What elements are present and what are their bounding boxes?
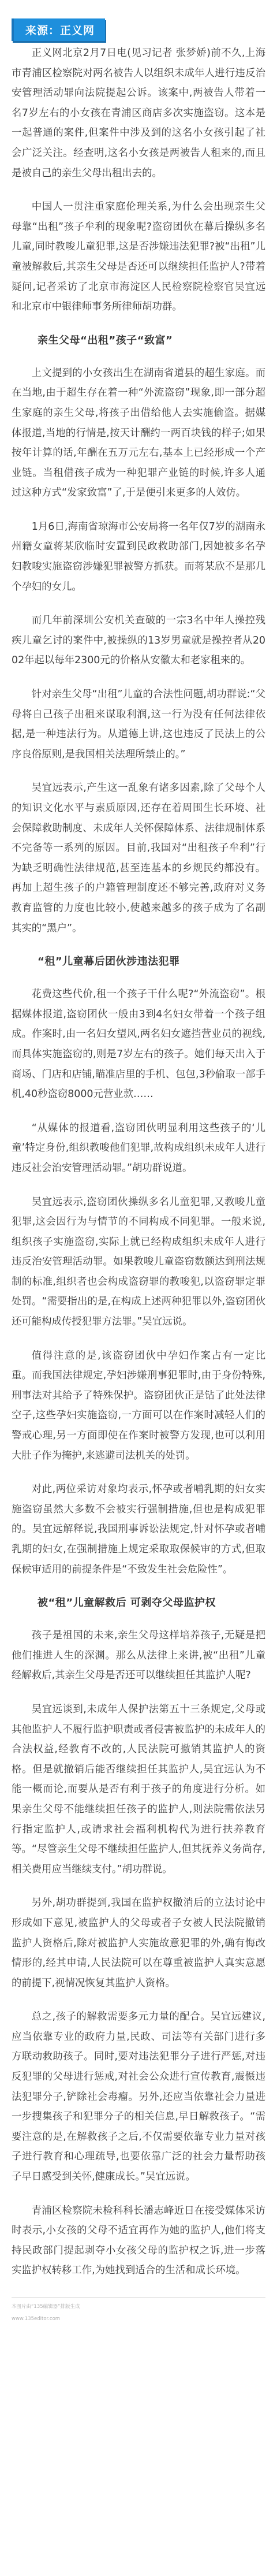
- paragraph: 另外,胡功群提到,我国在监护权撤消后的立法讨论中形成如下意见,被监护人的父母或者…: [12, 1893, 265, 1993]
- paragraph: 而几年前深圳公安机关查破的一宗3名中年人操控残疾儿童乞讨的案件中,被操纵的13岁…: [12, 611, 265, 671]
- footer-credit: 本图片由“135编辑器”排版生成: [12, 2301, 265, 2313]
- section-heading: “租”儿童幕后团伙涉违法犯罪: [12, 952, 265, 972]
- article: 来源：正义网 正义网北京2月7日电(见习记者 张梦娇)前不久,上海市青浦区检察院…: [0, 0, 277, 2325]
- paragraph: “从媒体的报道看,盗窃团伙明显利用这些孩子的‘儿童’特定身份,组织教唆他们犯罪,…: [12, 1118, 265, 1179]
- paragraph: 孩子是祖国的未来,亲生父母这样培养孩子,无疑是把他们推进人生的深渊。那么从法律上…: [12, 1626, 265, 1686]
- section-heading: 亲生父母“出租”孩子“致富”: [12, 331, 265, 351]
- paragraph: 总之,孩子的解救需要多元力量的配合。吴宜远建议,应当依靠专业的政府力量,民政、司…: [12, 2007, 265, 2187]
- paragraph: 吴宜远表示,盗窃团伙操纵多名儿童犯罪,又教唆儿童犯罪,这会因行为与情节的不同构成…: [12, 1192, 265, 1332]
- paragraph: 1月6日,海南省琼海市公安局将一名年仅7岁的湖南永州籍女童蒋某欣临时安置到民政救…: [12, 517, 265, 597]
- paragraph-lead: 正义网北京2月7日电(见习记者 张梦娇)前不久,上海市青浦区检察院对两名被告人以…: [12, 43, 265, 183]
- paragraph: 吴宜远表示,产生这一乱象有诸多因素,除了父母个人的知识文化水平与素质原因,还存在…: [12, 778, 265, 938]
- section-heading: 被“租”儿童解救后 可剥夺父母监护权: [12, 1593, 265, 1613]
- paragraph: 针对亲生父母“出租”儿童的合法性问题,胡功群说:“父母将自己孩子出租来谋取利润,…: [12, 685, 265, 764]
- source-badge: 来源：正义网: [12, 18, 105, 41]
- paragraph: 中国人一贯注重家庭伦理关系,为什么会出现亲生父母靠“出租”孩子牟利的现象呢?盗窃…: [12, 197, 265, 317]
- paragraph: 值得注意的是,该盗窃团伙中孕妇作案占有一定比重。而我国法律规定,孕妇涉嫌刑事犯罪…: [12, 1346, 265, 1466]
- paragraph: 吴宜远谈到,未成年人保护法第五十三条规定,父母或其他监护人不履行监护职责或者侵害…: [12, 1700, 265, 1879]
- paragraph: 花费这些代价,租一个孩子干什么呢?“外流盗窃”。根据媒体报道,盗窃团伙一般由3到…: [12, 984, 265, 1105]
- paragraph: 对此,两位采访对象均表示,怀孕或者哺乳期的妇女实施盗窃虽然大多数不会被实行强制措…: [12, 1480, 265, 1579]
- footer: 本图片由“135编辑器”排版生成 www.135editor.com: [12, 2297, 265, 2325]
- paragraph: 上文提到的小女孩出生在湖南省道县的超生家庭。而在当地,由于超生存在着一种“外流盗…: [12, 363, 265, 503]
- paragraph: 青浦区检察院未检科科长潘志峰近日在接受媒体采访时表示,小女孩的父母不适宜再作为她…: [12, 2201, 265, 2281]
- footer-url: www.135editor.com: [12, 2313, 265, 2325]
